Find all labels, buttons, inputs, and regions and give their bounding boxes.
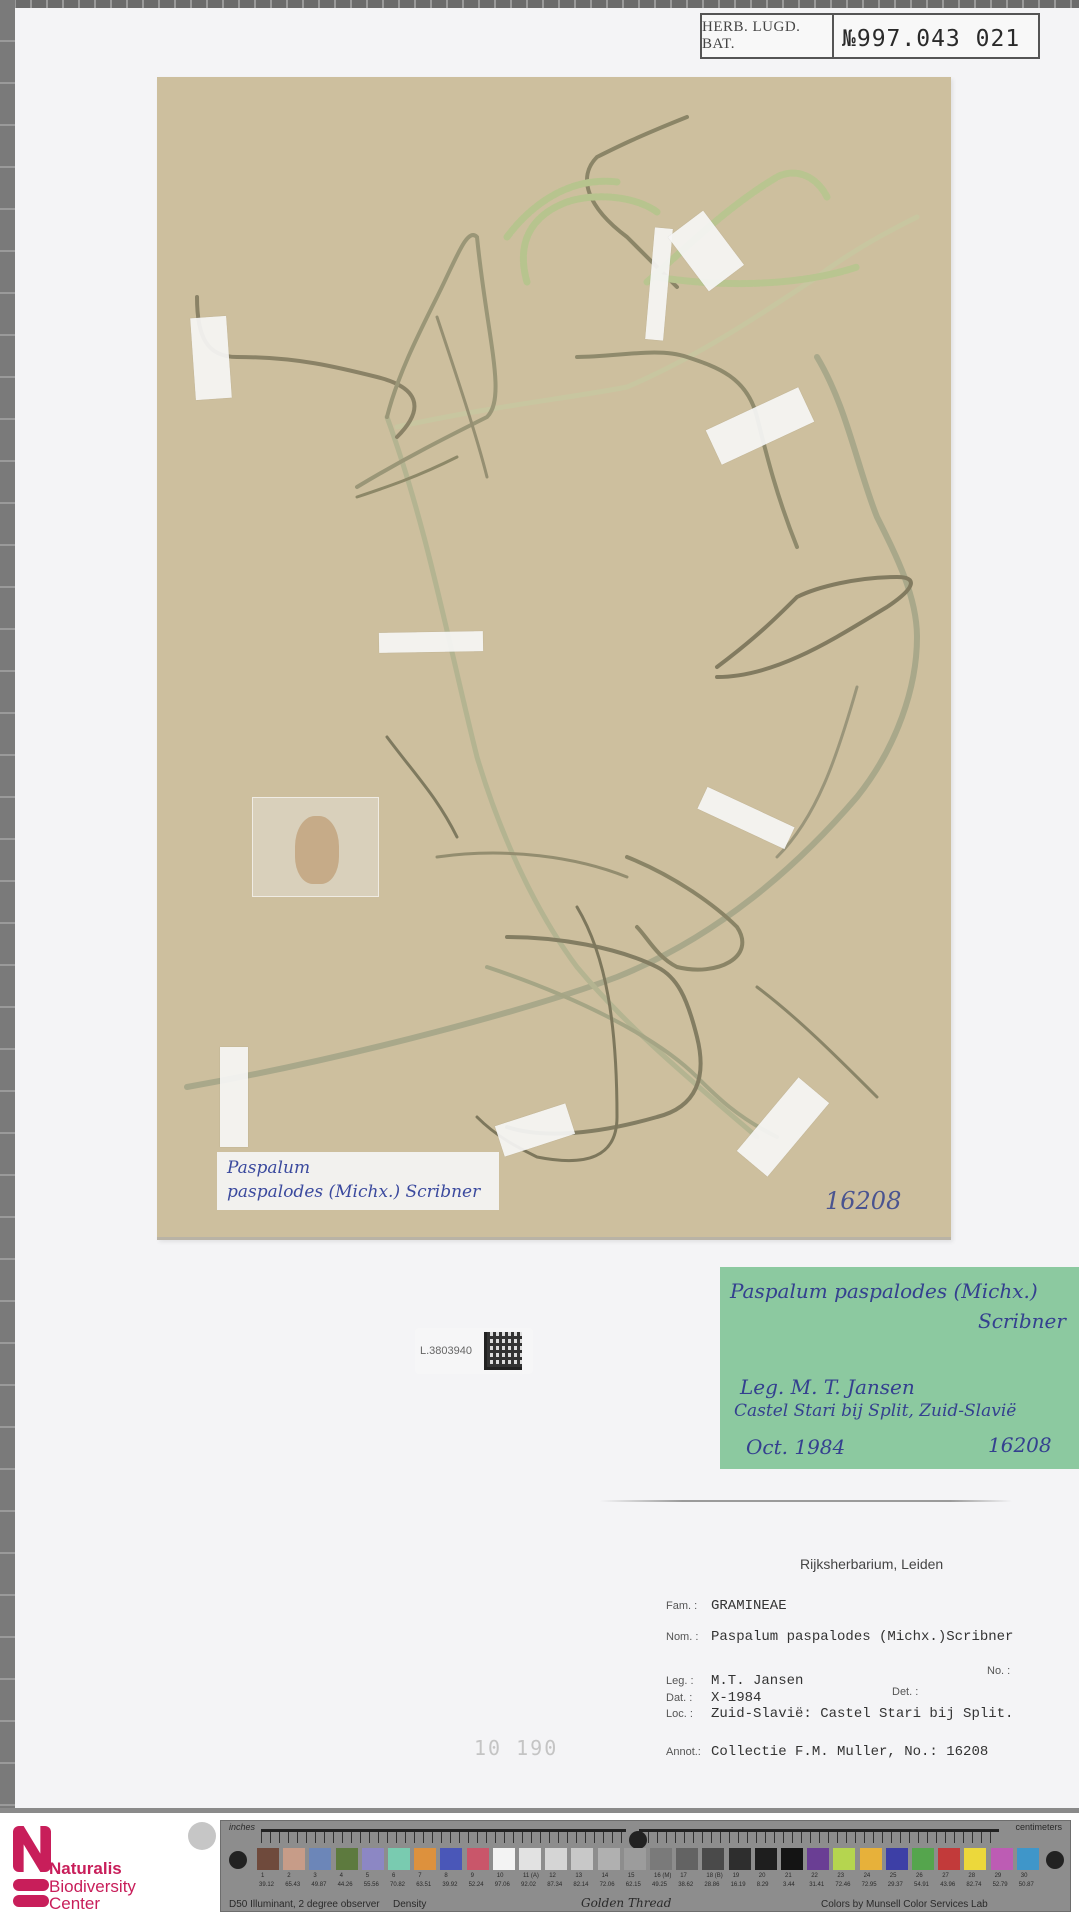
patch-id: 20	[759, 1873, 766, 1879]
patch-lab-L: 65.43	[285, 1882, 300, 1888]
datamatrix-barcode-icon	[484, 1332, 522, 1370]
slip-line-1: Paspalum	[227, 1156, 489, 1180]
field-locality: Loc. : Zuid-Slavië: Castel Stari bij Spl…	[666, 1706, 1013, 1722]
field-annotation: Annot.: Collectie F.M. Muller, No.: 1620…	[666, 1744, 988, 1760]
patch-id: 6	[392, 1873, 395, 1879]
target-hole-icon	[1046, 1851, 1064, 1869]
mounting-tape	[190, 316, 232, 400]
patch-lab-L: 52.79	[993, 1882, 1008, 1888]
color-patch-icon	[833, 1848, 855, 1870]
seed-sample-icon	[295, 816, 339, 884]
naturalis-logo: Naturalis Biodiversity Center	[13, 1826, 143, 1906]
collector-label-card: Paspalum paspalodes (Michx.) Scribner Le…	[720, 1267, 1079, 1469]
logo-line-3: Center	[49, 1894, 100, 1914]
patch-lab-L: 54.91	[914, 1882, 929, 1888]
slip-line-2: paspalodes (Michx.) Scribner	[227, 1180, 489, 1204]
patch-lab-L: 70.82	[390, 1882, 405, 1888]
patch-id: 23	[837, 1873, 844, 1879]
color-patch-icon	[860, 1848, 882, 1870]
field-family: Fam. : GRAMINEAE	[666, 1598, 787, 1614]
color-patch-icon	[676, 1848, 698, 1870]
patch-id: 9	[471, 1873, 474, 1879]
patch-id: 30	[1021, 1873, 1028, 1879]
patch-id: 18 (B)	[706, 1873, 722, 1879]
scan-frame-left	[0, 0, 15, 1812]
patch-lab-L: 49.25	[652, 1882, 667, 1888]
color-patch-icon	[571, 1848, 593, 1870]
color-patch-icon	[1017, 1848, 1039, 1870]
patch-lab-L: 82.14	[573, 1882, 588, 1888]
patch-id: 27	[942, 1873, 949, 1879]
color-patch-icon	[807, 1848, 829, 1870]
institution-code: HERB. LUGD. BAT.	[702, 15, 834, 57]
patch-lab-L: 72.06	[600, 1882, 615, 1888]
centimeters-label: centimeters	[1015, 1822, 1062, 1832]
color-patch-icon	[336, 1848, 358, 1870]
faint-stamp-number: 10 190	[474, 1736, 558, 1760]
sheet-number: 16208	[825, 1187, 901, 1215]
naturalis-n-icon	[13, 1826, 51, 1872]
number-field-label: No. :	[987, 1665, 1010, 1677]
patch-id: 28	[968, 1873, 975, 1879]
color-patch-icon	[519, 1848, 541, 1870]
logo-line-1: Naturalis	[49, 1859, 122, 1879]
patch-lab-L: 31.41	[809, 1882, 824, 1888]
patch-id: 5	[366, 1873, 369, 1879]
patch-lab-L: 43.96	[940, 1882, 955, 1888]
patch-lab-L: 63.51	[416, 1882, 431, 1888]
patch-lab-L: 72.46	[835, 1882, 850, 1888]
patch-lab-L: 97.06	[495, 1882, 510, 1888]
mounting-tape	[379, 631, 483, 653]
patch-id: 11 (A)	[523, 1873, 539, 1879]
patch-lab-L: 82.74	[966, 1882, 981, 1888]
color-patch-icon	[440, 1848, 462, 1870]
patch-id: 7	[418, 1873, 421, 1879]
patch-lab-L: 38.62	[678, 1882, 693, 1888]
det-field-label: Det. :	[892, 1686, 918, 1698]
logo-bar-icon	[13, 1895, 49, 1907]
patch-id: 3	[313, 1873, 316, 1879]
color-patch-icon	[624, 1848, 646, 1870]
herbarium-number-label: HERB. LUGD. BAT. №997.043 021	[700, 13, 1040, 59]
color-patch-icon	[964, 1848, 986, 1870]
card-line-1: Paspalum paspalodes (Michx.)	[730, 1279, 1038, 1303]
color-patch-icon	[362, 1848, 384, 1870]
patch-id: 15	[628, 1873, 635, 1879]
inch-ruler	[261, 1829, 626, 1843]
patch-lab-L: 39.92	[442, 1882, 457, 1888]
patch-lab-L: 8.29	[757, 1882, 769, 1888]
color-patch-icon	[729, 1848, 751, 1870]
field-name: Nom. : Paspalum paspalodes (Michx.)Scrib…	[666, 1629, 1013, 1645]
patch-lab-L: 55.56	[364, 1882, 379, 1888]
color-patch-icon	[493, 1848, 515, 1870]
patch-id: 24	[864, 1873, 871, 1879]
color-patch-icon	[781, 1848, 803, 1870]
patch-lab-L: 50.87	[1019, 1882, 1034, 1888]
color-patch-icon	[755, 1848, 777, 1870]
card-line-2: Scribner	[978, 1309, 1066, 1333]
handwritten-determination-slip: Paspalum paspalodes (Michx.) Scribner	[217, 1152, 499, 1210]
target-hole-icon	[229, 1851, 247, 1869]
patch-id: 2	[287, 1873, 290, 1879]
color-patch-icon	[283, 1848, 305, 1870]
cm-ruler	[639, 1829, 999, 1843]
label-divider	[600, 1500, 1012, 1502]
grass-specimen-icon	[157, 77, 951, 1240]
seed-packet	[252, 797, 379, 897]
brand-label: Golden Thread	[581, 1896, 671, 1910]
density-label: Density	[393, 1899, 426, 1910]
card-line-3: Leg. M. T. Jansen	[740, 1375, 915, 1399]
color-patch-icon	[257, 1848, 279, 1870]
color-patch-icon	[991, 1848, 1013, 1870]
catalog-number: L.3803940	[420, 1345, 472, 1357]
card-line-4: Castel Stari bij Split, Zuid-Slavië	[734, 1401, 1016, 1421]
patch-id: 8	[444, 1873, 447, 1879]
patch-lab-L: 29.37	[888, 1882, 903, 1888]
specimen-number: №997.043 021	[834, 15, 1038, 57]
color-patch-icon	[886, 1848, 908, 1870]
color-calibration-target: inches centimeters 139.12265.43349.87444…	[220, 1820, 1071, 1912]
target-hole-icon	[629, 1831, 647, 1849]
patch-lab-L: 87.34	[547, 1882, 562, 1888]
color-patch-icon	[545, 1848, 567, 1870]
patch-id: 21	[785, 1873, 792, 1879]
printed-herbarium-label: Rijksherbarium, Leiden Fam. : GRAMINEAE …	[650, 1540, 1079, 1770]
color-patch-icon	[467, 1848, 489, 1870]
patch-id: 16 (M)	[654, 1873, 671, 1879]
patch-id: 17	[680, 1873, 687, 1879]
patch-lab-L: 16.19	[731, 1882, 746, 1888]
patch-id: 22	[811, 1873, 818, 1879]
color-patch-icon	[598, 1848, 620, 1870]
scan-frame-top	[0, 0, 1079, 8]
patch-id: 4	[340, 1873, 343, 1879]
patch-lab-L: 62.15	[626, 1882, 641, 1888]
field-date: Dat. : X-1984	[666, 1690, 761, 1706]
patch-id: 12	[549, 1873, 556, 1879]
field-legit: Leg. : M.T. Jansen	[666, 1673, 803, 1689]
scan-frame-bottom	[0, 1808, 1079, 1813]
color-patch-icon	[912, 1848, 934, 1870]
munsell-credit: Colors by Munsell Color Services Lab	[821, 1899, 988, 1910]
patch-id: 1	[261, 1873, 264, 1879]
patch-lab-L: 92.02	[521, 1882, 536, 1888]
color-patch-icon	[938, 1848, 960, 1870]
gray-reference-dot	[188, 1822, 216, 1850]
inches-label: inches	[229, 1822, 255, 1832]
patch-lab-L: 72.95	[862, 1882, 877, 1888]
patch-id: 13	[575, 1873, 582, 1879]
patch-id: 26	[916, 1873, 923, 1879]
color-patch-icon	[388, 1848, 410, 1870]
patch-lab-L: 28.86	[704, 1882, 719, 1888]
mounting-sheet: Paspalum paspalodes (Michx.) Scribner 16…	[157, 77, 951, 1240]
patch-lab-L: 52.24	[469, 1882, 484, 1888]
color-patch-icon	[414, 1848, 436, 1870]
patch-lab-L: 49.87	[311, 1882, 326, 1888]
patch-lab-L: 44.26	[338, 1882, 353, 1888]
catalog-number-box: L.3803940	[415, 1328, 533, 1374]
patch-id: 14	[602, 1873, 609, 1879]
patch-id: 19	[733, 1873, 740, 1879]
card-number: 16208	[988, 1433, 1052, 1457]
patch-lab-L: 39.12	[259, 1882, 274, 1888]
mounting-tape	[220, 1047, 248, 1147]
patch-lab-L: 3.44	[783, 1882, 795, 1888]
illuminant-label: D50 Illuminant, 2 degree observer	[229, 1899, 380, 1910]
color-patch-icon	[702, 1848, 724, 1870]
patch-id: 10	[497, 1873, 504, 1879]
card-line-5: Oct. 1984	[746, 1435, 845, 1459]
logo-bar-icon	[13, 1879, 49, 1891]
color-patch-icon	[309, 1848, 331, 1870]
patch-id: 25	[890, 1873, 897, 1879]
institution-name: Rijksherbarium, Leiden	[800, 1556, 943, 1572]
color-patch-icon	[650, 1848, 672, 1870]
patch-id: 29	[995, 1873, 1002, 1879]
